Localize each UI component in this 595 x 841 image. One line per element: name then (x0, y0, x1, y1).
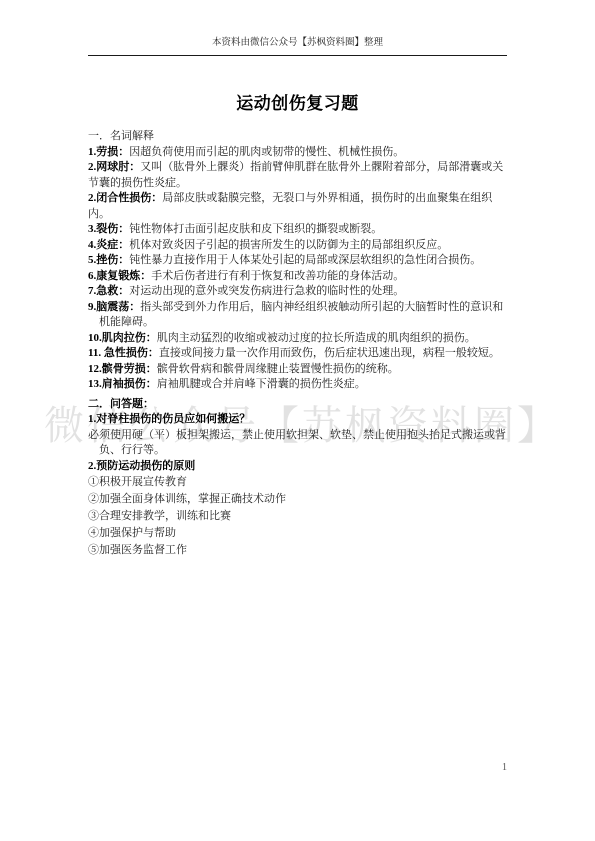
definition-text: 手术后伤者进行有利于恢复和改善功能的身体活动。 (151, 270, 404, 282)
definition-term: 5.挫伤： (88, 254, 129, 266)
definition-text: 对运动出现的意外或突发伤病进行急救的临时性的处理。 (129, 285, 404, 297)
definition-text: 肌肉主动猛烈的收缩或被动过度的拉长所造成的肌肉组织的损伤。 (157, 332, 476, 344)
definition-item: 9.脑震荡：指头部受到外力作用后，脑内神经组织被触动所引起的大脑暂时性的意识和机… (88, 300, 508, 331)
definition-text: 髌骨软骨病和髌骨周缘腱止装置慢性损伤的统称。 (157, 363, 399, 375)
definition-item: 11. 急性损伤：直接或间接力量一次作用而致伤，伤后症状迅速出现，病程一般较短。 (88, 346, 508, 362)
definition-term: 1.劳损： (88, 146, 129, 158)
definition-term: 7.急救： (88, 285, 129, 297)
definition-text: 钝性暴力直接作用于人体某处引起的局部或深层软组织的急性闭合损伤。 (129, 254, 481, 266)
definition-item: 4.炎症：机体对致炎因子引起的损害所发生的以防御为主的局部组织反应。 (88, 238, 508, 254)
answer-line: ⑤加强医务监督工作 (88, 542, 508, 559)
section-heading-definitions: 一．名词解释 (88, 129, 508, 145)
definition-item: 13.肩袖损伤：肩袖肌腱或合并肩峰下滑囊的损伤性炎症。 (88, 377, 508, 393)
definition-text: 机体对致炎因子引起的损害所发生的以防御为主的局部组织反应。 (129, 239, 448, 251)
definition-item: 6.康复锻炼：手术后伤者进行有利于恢复和改善功能的身体活动。 (88, 269, 508, 285)
definition-text: 直接或间接力量一次作用而致伤，伤后症状迅速出现，病程一般较短。 (159, 347, 500, 359)
header-note: 本资料由微信公众号【苏枫资料圈】整理 (88, 37, 507, 56)
definition-text: 因超负荷使用而引起的肌肉或韧带的慢性、机械性损伤。 (129, 146, 404, 158)
definition-term: 4.炎症： (88, 239, 129, 251)
definition-item: 5.挫伤：钝性暴力直接作用于人体某处引起的局部或深层软组织的急性闭合损伤。 (88, 253, 508, 269)
answer-line: ①积极开展宣传教育 (88, 474, 508, 491)
definition-term: 3.裂伤： (88, 223, 129, 235)
definition-item: 10.肌肉拉伤：肌肉主动猛烈的收缩或被动过度的拉长所造成的肌肉组织的损伤。 (88, 331, 508, 347)
definition-term: 12.髌骨劳损： (88, 363, 157, 375)
definition-term: 11. 急性损伤： (88, 347, 159, 359)
question-2-answer-list: ①积极开展宣传教育 ②加强全面身体训练，掌握正确技术动作 ③合理安排教学，训练和… (88, 474, 508, 559)
question-2-title: 2.预防运动损伤的原则 (88, 459, 508, 475)
definition-item: 2.闭合性损伤：局部皮肤或黏膜完整，无裂口与外界相通，损伤时的出血聚集在组织内。 (88, 191, 508, 222)
definition-term: 6.康复锻炼： (88, 270, 151, 282)
definition-term: 9.脑震荡： (88, 301, 140, 313)
definition-text: 钝性物体打击面引起皮肤和皮下组织的撕裂或断裂。 (129, 223, 382, 235)
question-1-title: 1.对脊柱损伤的伤员应如何搬运？ (88, 412, 508, 428)
answer-line: ③合理安排教学，训练和比赛 (88, 508, 508, 525)
question-1-answer: 必须使用硬（平）板担架搬运，禁止使用软担架、软垫、禁止使用抱头抬足式搬运或背负、… (88, 428, 508, 459)
definition-text: 肩袖肌腱或合并肩峰下滑囊的损伤性炎症。 (157, 378, 366, 390)
definition-item: 1.劳损：因超负荷使用而引起的肌肉或韧带的慢性、机械性损伤。 (88, 145, 508, 161)
definition-item: 7.急救：对运动出现的意外或突发伤病进行急救的临时性的处理。 (88, 284, 508, 300)
definition-term: 13.肩袖损伤： (88, 378, 157, 390)
page-title: 运动创伤复习题 (0, 89, 595, 114)
definition-item: 3.裂伤：钝性物体打击面引起皮肤和皮下组织的撕裂或断裂。 (88, 222, 508, 238)
definition-term: 2.网球肘： (88, 161, 140, 173)
section-heading-questions: 二．问答题： (88, 397, 508, 413)
definition-term: 2.闭合性损伤： (88, 192, 162, 204)
document-page: 微信公众号【苏枫资料圈】 本资料由微信公众号【苏枫资料圈】整理 运动创伤复习题 … (0, 0, 595, 841)
definition-text: 又叫（肱骨外上髁炎）指前臂伸肌群在肱骨外上髁附着部分，局部滑囊或关节囊的损伤性炎… (88, 161, 503, 189)
document-body: 一．名词解释 1.劳损：因超负荷使用而引起的肌肉或韧带的慢性、机械性损伤。 2.… (88, 129, 508, 559)
definition-item: 2.网球肘：又叫（肱骨外上髁炎）指前臂伸肌群在肱骨外上髁附着部分，局部滑囊或关节… (88, 160, 508, 191)
definition-text: 指头部受到外力作用后，脑内神经组织被触动所引起的大脑暂时性的意识和机能障碍。 (99, 301, 503, 329)
page-number: 1 (88, 762, 507, 773)
definition-term: 10.肌肉拉伤： (88, 332, 157, 344)
definition-item: 12.髌骨劳损：髌骨软骨病和髌骨周缘腱止装置慢性损伤的统称。 (88, 362, 508, 378)
section-questions: 二．问答题： 1.对脊柱损伤的伤员应如何搬运？ 必须使用硬（平）板担架搬运，禁止… (88, 397, 508, 560)
answer-line: ②加强全面身体训练，掌握正确技术动作 (88, 491, 508, 508)
answer-line: ④加强保护与帮助 (88, 525, 508, 542)
